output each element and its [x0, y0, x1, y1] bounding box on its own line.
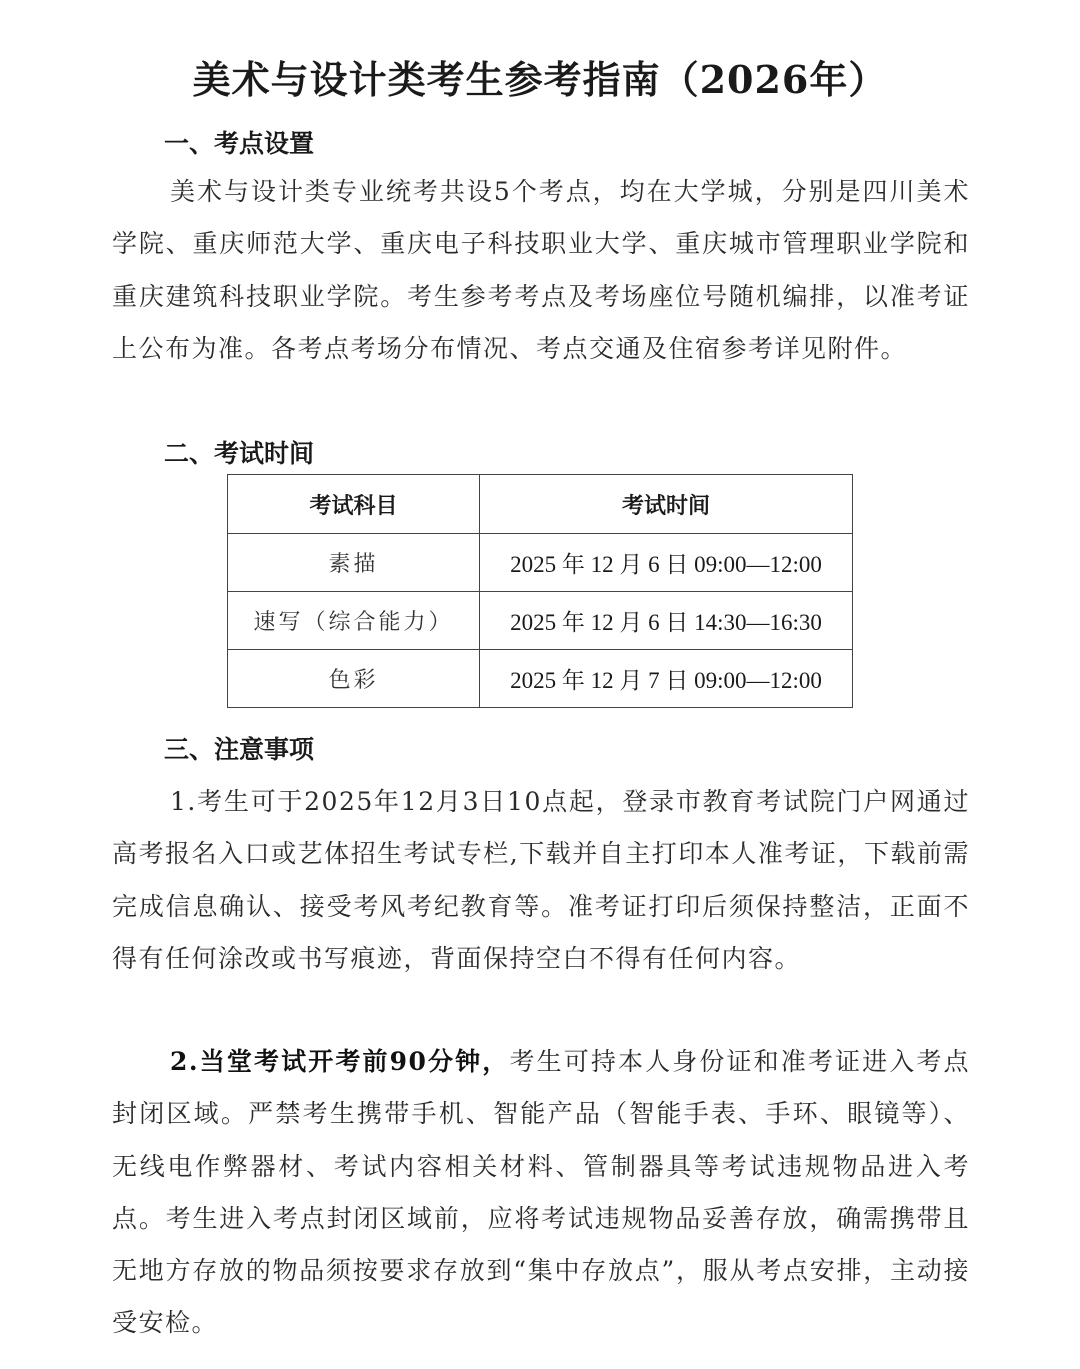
table-header-row: 考试科目 考试时间 [228, 475, 853, 534]
table-row: 色彩 2025 年 12 月 7 日 09:00—12:00 [228, 650, 853, 708]
note-item-1: 1.考生可于2025年12月3日10点起，登录市教育考试院门户网通过高考报名入口… [112, 776, 970, 985]
subject-cell: 色彩 [228, 650, 480, 708]
exam-schedule-table: 考试科目 考试时间 素描 2025 年 12 月 6 日 09:00—12:00… [227, 474, 853, 708]
header-time: 考试时间 [480, 475, 853, 534]
subject-cell: 素描 [228, 534, 480, 592]
note-item-2-bold-lead: 2.当堂考试开考前90分钟， [170, 1047, 509, 1076]
header-subject: 考试科目 [228, 475, 480, 534]
section-heading-exam-sites: 一、考点设置 [164, 124, 314, 164]
time-cell: 2025 年 12 月 7 日 09:00—12:00 [480, 650, 853, 708]
table-row: 速写（综合能力） 2025 年 12 月 6 日 14:30—16:30 [228, 592, 853, 650]
subject-cell: 速写（综合能力） [228, 592, 480, 650]
note-item-2: 2.当堂考试开考前90分钟，考生可持本人身份证和准考证进入考点封闭区域。严禁考生… [112, 1036, 970, 1350]
time-cell: 2025 年 12 月 6 日 09:00—12:00 [480, 534, 853, 592]
note-item-2-text: 考生可持本人身份证和准考证进入考点封闭区域。严禁考生携带手机、智能产品（智能手表… [112, 1047, 970, 1337]
exam-sites-paragraph: 美术与设计类专业统考共设5个考点，均在大学城，分别是四川美术学院、重庆师范大学、… [112, 166, 970, 375]
table-row: 素描 2025 年 12 月 6 日 09:00—12:00 [228, 534, 853, 592]
section-heading-exam-time: 二、考试时间 [164, 434, 314, 474]
section-heading-notes: 三、注意事项 [164, 730, 314, 770]
time-cell: 2025 年 12 月 6 日 14:30—16:30 [480, 592, 853, 650]
document-title: 美术与设计类考生参考指南（2026年） [0, 52, 1080, 108]
